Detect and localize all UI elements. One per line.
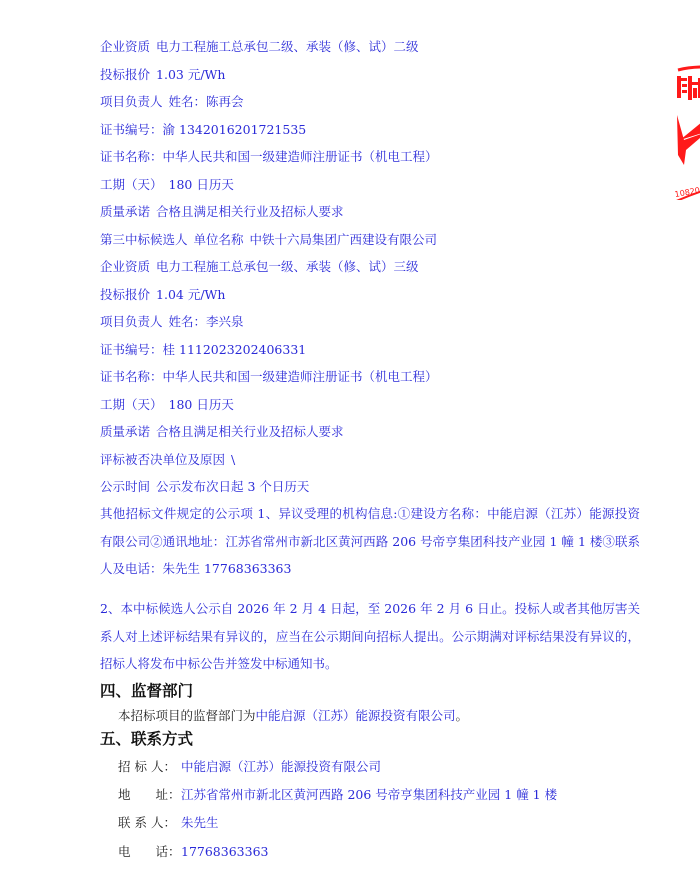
supervision-prefix: 本招标项目的监督部门为: [118, 708, 256, 723]
contact-person: 联 系 人：朱先生: [118, 815, 219, 831]
duration-label: 工期（天）: [100, 177, 163, 192]
document-page: 企业资质电力工程施工总承包二级、承装（修、试）二级 投标报价1.03 元/Wh …: [0, 0, 700, 893]
qualification-row: 企业资质电力工程施工总承包二级、承装（修、试）二级: [100, 39, 419, 55]
quality-value: 合格且满足相关行业及招标人要求: [156, 204, 344, 219]
cert-no-row: 证书编号：渝 1342016201721535: [100, 122, 306, 138]
contact-address: 地 址：江苏省常州市新北区黄河西路 206 号帝亨集团科技产业园 1 幢 1 楼: [118, 787, 557, 803]
quality-row: 质量承诺合格且满足相关行业及招标人要求: [100, 424, 344, 440]
section-4-heading: 四、监督部门: [100, 681, 193, 701]
quality-row: 质量承诺合格且满足相关行业及招标人要求: [100, 204, 344, 220]
qualification-value: 电力工程施工总承包一级、承装（修、试）三级: [156, 259, 419, 274]
cert-no-value: 桂 1112023202406331: [163, 342, 307, 357]
qualification-value: 电力工程施工总承包二级、承装（修、试）二级: [156, 39, 419, 54]
other-items-paragraph: 其他招标文件规定的公示项 1、异议受理的机构信息:①建设方名称：中能启源（江苏）…: [100, 500, 640, 583]
contact-value: 朱先生: [181, 815, 219, 830]
quality-value: 合格且满足相关行业及招标人要求: [156, 424, 344, 439]
publicity-time-label: 公示时间: [100, 479, 150, 494]
bid-price-value: 1.04 元/Wh: [156, 287, 225, 302]
manager-row: 项目负责人姓名：陈再会: [100, 94, 244, 110]
contact-value: 中能启源（江苏）能源投资有限公司: [181, 759, 381, 774]
duration-label: 工期（天）: [100, 397, 163, 412]
bid-price-label: 投标报价: [100, 67, 150, 82]
quality-label: 质量承诺: [100, 424, 150, 439]
cert-no-value: 渝 1342016201721535: [163, 122, 307, 137]
contact-label: 招 标 人：: [118, 759, 181, 775]
cert-name-row: 证书名称：中华人民共和国一级建造师注册证书（机电工程）: [100, 149, 438, 165]
contact-label: 地 址：: [118, 787, 181, 803]
bid-price-row: 投标报价1.04 元/Wh: [100, 287, 225, 303]
duration-row: 工期（天）180 日历天: [100, 177, 234, 193]
duration-value: 180 日历天: [169, 177, 234, 192]
duration-value: 180 日历天: [169, 397, 234, 412]
supervision-org: 中能启源（江苏）能源投资有限公司: [256, 708, 456, 723]
supervision-text: 本招标项目的监督部门为中能启源（江苏）能源投资有限公司。: [118, 708, 468, 724]
rejected-label: 评标被否决单位及原因: [100, 452, 225, 467]
cert-name-value: 中华人民共和国一级建造师注册证书（机电工程）: [163, 369, 438, 384]
objection-paragraph: 2、本中标候选人公示自 2026 年 2 月 4 日起，至 2026 年 2 月…: [100, 595, 640, 678]
contact-tenderer: 招 标 人：中能启源（江苏）能源投资有限公司: [118, 759, 381, 775]
manager-value: 姓名：陈再会: [169, 94, 244, 109]
cert-no-row: 证书编号：桂 1112023202406331: [100, 342, 306, 358]
qualification-row: 企业资质电力工程施工总承包一级、承装（修、试）三级: [100, 259, 419, 275]
unit-value: 中铁十六局集团广西建设有限公司: [250, 232, 438, 247]
contact-phone: 电 话：17768363363: [118, 844, 268, 860]
duration-row: 工期（天）180 日历天: [100, 397, 234, 413]
cert-name-label: 证书名称：: [100, 149, 163, 164]
section-5-heading: 五、联系方式: [100, 729, 193, 749]
publicity-time-value: 公示发布次日起 3 个日历天: [156, 479, 309, 494]
candidate-3-row: 第三中标候选人单位名称中铁十六局集团广西建设有限公司: [100, 232, 437, 248]
cert-no-label: 证书编号：: [100, 342, 163, 357]
rejected-row: 评标被否决单位及原因\: [100, 452, 235, 468]
publicity-time-row: 公示时间公示发布次日起 3 个日历天: [100, 479, 309, 495]
quality-label: 质量承诺: [100, 204, 150, 219]
bid-price-row: 投标报价1.03 元/Wh: [100, 67, 225, 83]
contact-label: 联 系 人：: [118, 815, 181, 831]
red-seal-stamp-icon: 10820: [672, 60, 700, 200]
supervision-suffix: 。: [456, 708, 469, 723]
manager-label: 项目负责人: [100, 314, 163, 329]
manager-value: 姓名：李兴泉: [169, 314, 244, 329]
manager-row: 项目负责人姓名：李兴泉: [100, 314, 244, 330]
contact-value: 江苏省常州市新北区黄河西路 206 号帝亨集团科技产业园 1 幢 1 楼: [181, 787, 557, 802]
bid-price-value: 1.03 元/Wh: [156, 67, 225, 82]
contact-label: 电 话：: [118, 844, 181, 860]
qualification-label: 企业资质: [100, 39, 150, 54]
qualification-label: 企业资质: [100, 259, 150, 274]
cert-name-row: 证书名称：中华人民共和国一级建造师注册证书（机电工程）: [100, 369, 438, 385]
cert-name-label: 证书名称：: [100, 369, 163, 384]
bid-price-label: 投标报价: [100, 287, 150, 302]
cert-name-value: 中华人民共和国一级建造师注册证书（机电工程）: [163, 149, 438, 164]
unit-label: 单位名称: [194, 232, 244, 247]
contact-value: 17768363363: [181, 844, 268, 859]
cert-no-label: 证书编号：: [100, 122, 163, 137]
manager-label: 项目负责人: [100, 94, 163, 109]
rejected-value: \: [231, 452, 235, 467]
rank-label: 第三中标候选人: [100, 232, 188, 247]
